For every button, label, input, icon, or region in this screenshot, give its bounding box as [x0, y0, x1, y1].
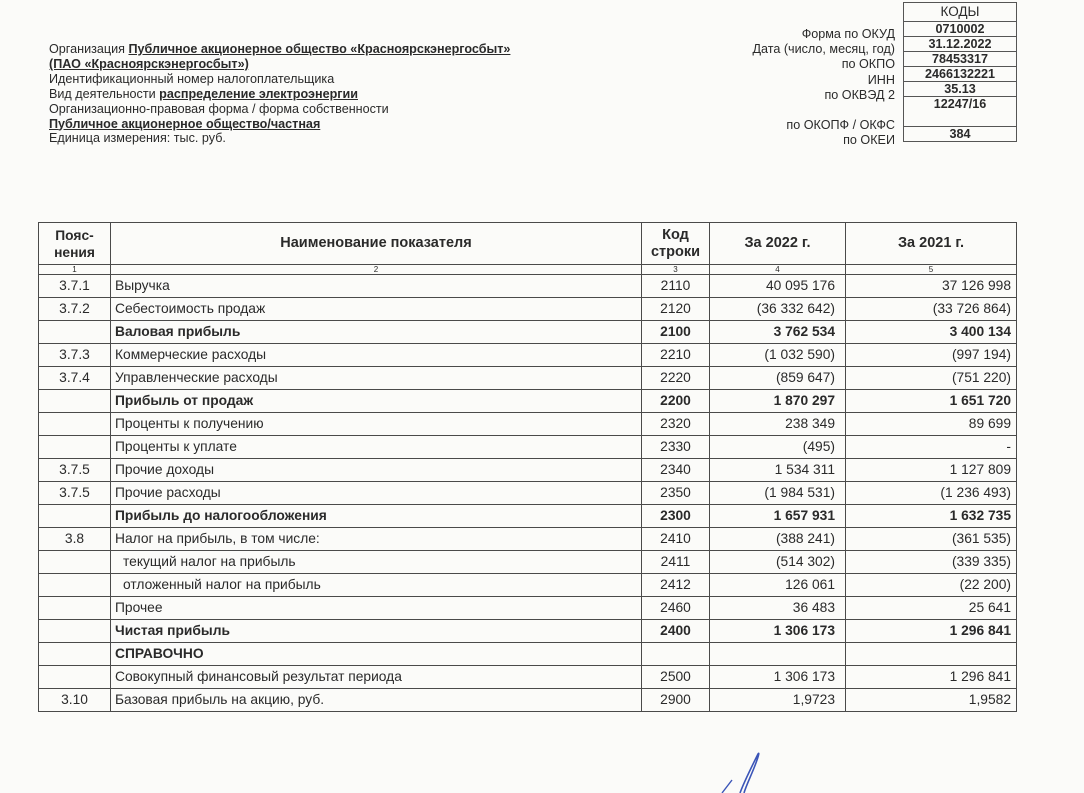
indicator-name-cell: Чистая прибыль: [111, 620, 642, 643]
header-expl-line1: Пояс-: [43, 227, 106, 244]
row-code-cell: 2220: [642, 367, 710, 390]
organization-info: Организация Публичное акционерное общест…: [49, 42, 510, 146]
indicator-name-cell: Прочие расходы: [111, 482, 642, 505]
table-row: отложенный налог на прибыль2412126 061(2…: [39, 574, 1017, 597]
date-label: Дата (число, месяц, год): [752, 42, 895, 57]
row-code-cell: 2330: [642, 436, 710, 459]
row-code-cell: 2410: [642, 528, 710, 551]
okei-value: 384: [904, 127, 1017, 142]
explanation-cell: 3.7.3: [39, 344, 111, 367]
row-code-cell: 2110: [642, 275, 710, 298]
indicator-name-cell: отложенный налог на прибыль: [111, 574, 642, 597]
indicator-name-cell: Совокупный финансовый результат периода: [111, 666, 642, 689]
row-code-cell: 2320: [642, 413, 710, 436]
value-2021-cell: -: [846, 436, 1017, 459]
table-row: Прибыль до налогообложения23001 657 9311…: [39, 505, 1017, 528]
indicator-name-cell: Налог на прибыль, в том числе:: [111, 528, 642, 551]
value-2022-cell: (859 647): [710, 367, 846, 390]
header-expl-line2: нения: [43, 244, 106, 261]
codes-table: КОДЫ 0710002 31.12.2022 78453317 2466132…: [903, 2, 1017, 142]
explanation-cell: 3.7.4: [39, 367, 111, 390]
table-row: 3.7.1Выручка211040 095 17637 126 998: [39, 275, 1017, 298]
row-code-cell: 2400: [642, 620, 710, 643]
indicator-name-cell: Валовая прибыль: [111, 321, 642, 344]
value-2021-cell: 89 699: [846, 413, 1017, 436]
table-row: СПРАВОЧНО: [39, 643, 1017, 666]
legal-form-label: Организационно-правовая форма / форма со…: [49, 102, 389, 116]
okud-label: Форма по ОКУД: [752, 27, 895, 42]
value-2022-cell: 1 657 931: [710, 505, 846, 528]
value-2022-cell: (36 332 642): [710, 298, 846, 321]
activity-value: распределение электроэнергии: [159, 87, 358, 101]
value-2021-cell: (22 200): [846, 574, 1017, 597]
indicator-name-cell: Себестоимость продаж: [111, 298, 642, 321]
indicator-name-cell: СПРАВОЧНО: [111, 643, 642, 666]
value-2022-cell: 3 762 534: [710, 321, 846, 344]
value-2022-cell: 1 306 173: [710, 666, 846, 689]
indicator-name-cell: Управленческие расходы: [111, 367, 642, 390]
table-header-row: Пояс- нения Наименование показателя Код …: [39, 223, 1017, 265]
codes-title: КОДЫ: [904, 3, 1017, 22]
org-line: Организация Публичное акционерное общест…: [49, 42, 510, 57]
value-2021-cell: (997 194): [846, 344, 1017, 367]
indicator-name-cell: Проценты к получению: [111, 413, 642, 436]
explanation-cell: [39, 620, 111, 643]
row-code-cell: 2340: [642, 459, 710, 482]
row-code-cell: 2300: [642, 505, 710, 528]
value-2022-cell: [710, 643, 846, 666]
indicator-name-cell: Коммерческие расходы: [111, 344, 642, 367]
table-row: 3.7.2Себестоимость продаж2120(36 332 642…: [39, 298, 1017, 321]
indicator-name-cell: Прочее: [111, 597, 642, 620]
value-2022-cell: 1 306 173: [710, 620, 846, 643]
table-row: Прочее246036 48325 641: [39, 597, 1017, 620]
explanation-cell: [39, 574, 111, 597]
value-2022-cell: (495): [710, 436, 846, 459]
row-code-cell: 2500: [642, 666, 710, 689]
inn-value: 2466132221: [904, 67, 1017, 82]
legal-form-value: Публичное акционерное общество/частная: [49, 117, 320, 131]
value-2021-cell: 1 651 720: [846, 390, 1017, 413]
value-2022-cell: 1 534 311: [710, 459, 846, 482]
value-2021-cell: (33 726 864): [846, 298, 1017, 321]
table-row: Проценты к получению2320238 34989 699: [39, 413, 1017, 436]
table-row: Чистая прибыль24001 306 1731 296 841: [39, 620, 1017, 643]
explanation-cell: 3.8: [39, 528, 111, 551]
value-2021-cell: 1 632 735: [846, 505, 1017, 528]
explanation-cell: 3.10: [39, 689, 111, 712]
row-code-cell: 2460: [642, 597, 710, 620]
col-number: 1: [39, 265, 111, 275]
value-2022-cell: 126 061: [710, 574, 846, 597]
explanation-cell: 3.7.2: [39, 298, 111, 321]
explanation-cell: 3.7.5: [39, 482, 111, 505]
explanation-cell: 3.7.5: [39, 459, 111, 482]
table-row: 3.7.4Управленческие расходы2220(859 647)…: [39, 367, 1017, 390]
header-2021: За 2021 г.: [846, 223, 1017, 265]
col-number: 2: [111, 265, 642, 275]
table-row: Прибыль от продаж22001 870 2971 651 720: [39, 390, 1017, 413]
indicator-name-cell: Выручка: [111, 275, 642, 298]
value-2021-cell: 1 127 809: [846, 459, 1017, 482]
header-indicator-name: Наименование показателя: [111, 223, 642, 265]
org-short-name: (ПАО «Красноярскэнергосбыт»): [49, 57, 249, 71]
header-2022: За 2022 г.: [710, 223, 846, 265]
table-row: Совокупный финансовый результат периода2…: [39, 666, 1017, 689]
table-row: 3.8Налог на прибыль, в том числе:2410(38…: [39, 528, 1017, 551]
org-name: Публичное акционерное общество «Краснояр…: [128, 42, 510, 56]
explanation-cell: [39, 597, 111, 620]
row-code-cell: 2900: [642, 689, 710, 712]
value-2022-cell: 40 095 176: [710, 275, 846, 298]
col-number: 4: [710, 265, 846, 275]
codes-labels: Форма по ОКУД Дата (число, месяц, год) п…: [752, 27, 895, 149]
value-2021-cell: (1 236 493): [846, 482, 1017, 505]
okved-value: 35.13: [904, 82, 1017, 97]
value-2021-cell: 25 641: [846, 597, 1017, 620]
value-2022-cell: (1 032 590): [710, 344, 846, 367]
okpo-label: по ОКПО: [752, 57, 895, 72]
date-value: 31.12.2022: [904, 37, 1017, 52]
inn-code-label: ИНН: [752, 73, 895, 88]
row-code-cell: [642, 643, 710, 666]
okei-label: по ОКЕИ: [752, 133, 895, 148]
inn-label: Идентификационный номер налогоплательщик…: [49, 72, 334, 86]
table-row: 3.7.3Коммерческие расходы2210(1 032 590)…: [39, 344, 1017, 367]
value-2022-cell: 1,9723: [710, 689, 846, 712]
table-row: 3.7.5Прочие расходы2350(1 984 531)(1 236…: [39, 482, 1017, 505]
okpo-value: 78453317: [904, 52, 1017, 67]
table-row: 3.10Базовая прибыль на акцию, руб.29001,…: [39, 689, 1017, 712]
activity-label: Вид деятельности: [49, 87, 156, 101]
value-2021-cell: 37 126 998: [846, 275, 1017, 298]
header-code-line1: Код: [646, 227, 705, 244]
indicator-name-cell: Прибыль от продаж: [111, 390, 642, 413]
explanation-cell: 3.7.1: [39, 275, 111, 298]
row-code-cell: 2100: [642, 321, 710, 344]
table-row: текущий налог на прибыль2411(514 302)(33…: [39, 551, 1017, 574]
value-2022-cell: 36 483: [710, 597, 846, 620]
column-numbers-row: 1 2 3 4 5: [39, 265, 1017, 275]
okved-label: по ОКВЭД 2: [752, 88, 895, 103]
explanation-cell: [39, 390, 111, 413]
row-code-cell: 2411: [642, 551, 710, 574]
value-2021-cell: (361 535): [846, 528, 1017, 551]
indicator-name-cell: Проценты к уплате: [111, 436, 642, 459]
value-2022-cell: (1 984 531): [710, 482, 846, 505]
col-number: 3: [642, 265, 710, 275]
okopf-label: по ОКОПФ / ОКФС: [752, 118, 895, 133]
value-2022-cell: 238 349: [710, 413, 846, 436]
table-row: 3.7.5Прочие доходы23401 534 3111 127 809: [39, 459, 1017, 482]
value-2021-cell: 3 400 134: [846, 321, 1017, 344]
header-explanations: Пояс- нения: [39, 223, 111, 265]
table-row: Валовая прибыль21003 762 5343 400 134: [39, 321, 1017, 344]
table-row: Проценты к уплате2330(495)-: [39, 436, 1017, 459]
row-code-cell: 2412: [642, 574, 710, 597]
row-code-cell: 2210: [642, 344, 710, 367]
value-2022-cell: 1 870 297: [710, 390, 846, 413]
value-2021-cell: 1,9582: [846, 689, 1017, 712]
explanation-cell: [39, 436, 111, 459]
income-statement-table: Пояс- нения Наименование показателя Код …: [38, 222, 1017, 712]
row-code-cell: 2350: [642, 482, 710, 505]
okopf-value: 12247/16: [904, 97, 1017, 127]
explanation-cell: [39, 505, 111, 528]
value-2021-cell: (751 220): [846, 367, 1017, 390]
indicator-name-cell: Базовая прибыль на акцию, руб.: [111, 689, 642, 712]
explanation-cell: [39, 321, 111, 344]
row-code-cell: 2120: [642, 298, 710, 321]
org-label: Организация: [49, 42, 125, 56]
value-2022-cell: (514 302): [710, 551, 846, 574]
explanation-cell: [39, 551, 111, 574]
indicator-name-cell: Прибыль до налогообложения: [111, 505, 642, 528]
row-code-cell: 2200: [642, 390, 710, 413]
value-2022-cell: (388 241): [710, 528, 846, 551]
indicator-name-cell: Прочие доходы: [111, 459, 642, 482]
indicator-name-cell: текущий налог на прибыль: [111, 551, 642, 574]
explanation-cell: [39, 643, 111, 666]
table-body: 3.7.1Выручка211040 095 17637 126 9983.7.…: [39, 275, 1017, 712]
value-2021-cell: 1 296 841: [846, 620, 1017, 643]
header-row-code: Код строки: [642, 223, 710, 265]
value-2021-cell: 1 296 841: [846, 666, 1017, 689]
header-code-line2: строки: [646, 244, 705, 261]
unit-label: Единица измерения: тыс. руб.: [49, 131, 226, 145]
handwritten-signature-icon: [700, 752, 770, 793]
col-number: 5: [846, 265, 1017, 275]
explanation-cell: [39, 413, 111, 436]
value-2021-cell: [846, 643, 1017, 666]
value-2021-cell: (339 335): [846, 551, 1017, 574]
explanation-cell: [39, 666, 111, 689]
okud-value: 0710002: [904, 22, 1017, 37]
